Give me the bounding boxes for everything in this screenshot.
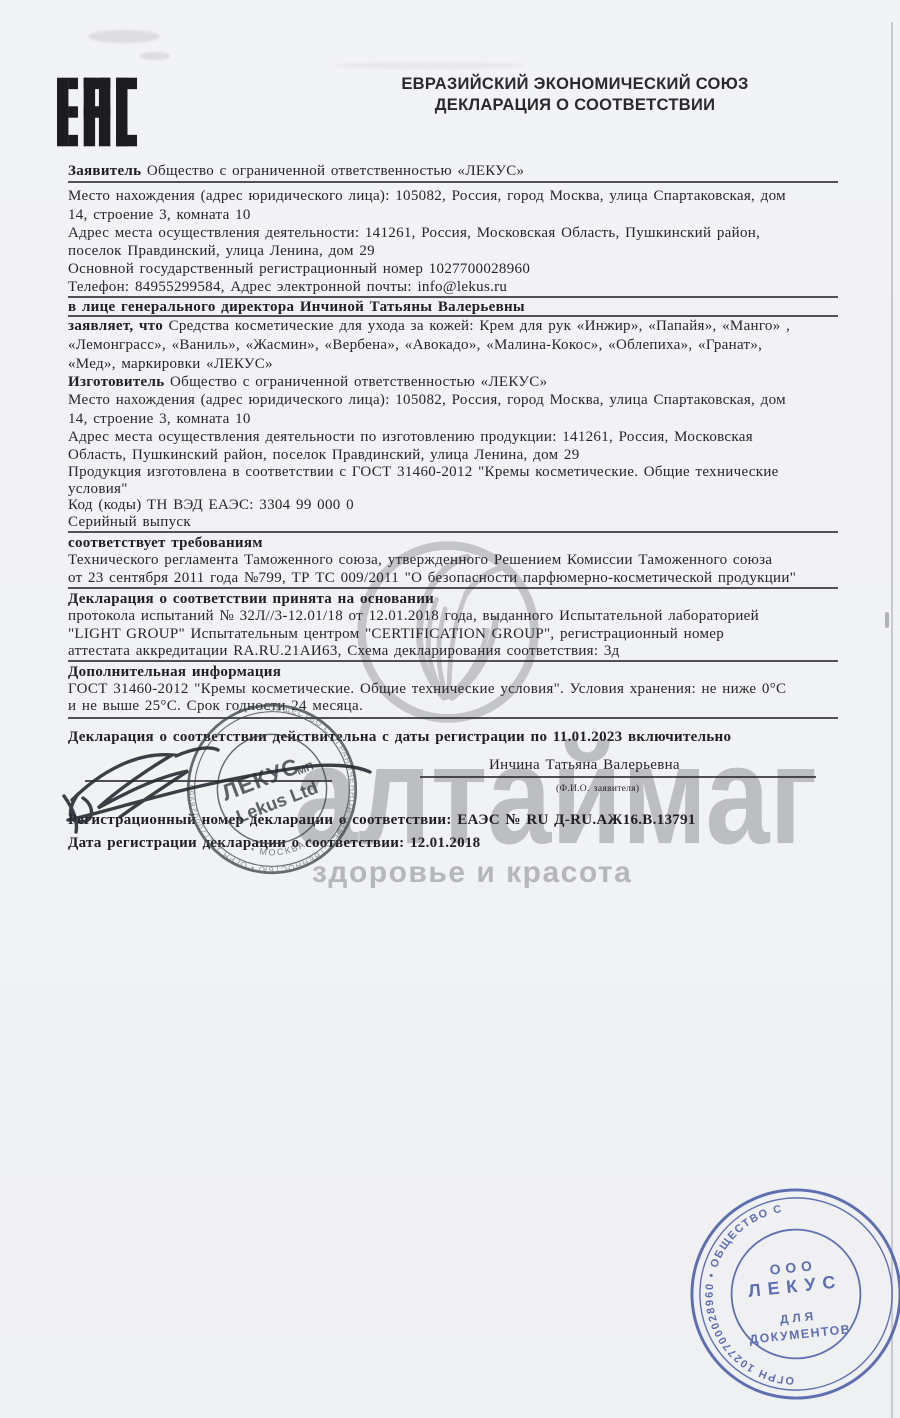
text-line: от 23 сентября 2011 года №799, ТР ТС 009… (68, 570, 796, 587)
text-line: Адрес места осуществления деятельности: … (68, 225, 760, 242)
text-line: Технического регламента Таможенного союз… (68, 552, 772, 569)
text-line: Декларация о соответствии принята на осн… (68, 591, 434, 608)
scan-smudge (88, 30, 160, 43)
eac-mark-icon (57, 76, 137, 148)
text-line: Изготовитель Общество с ограниченной отв… (68, 374, 547, 391)
text-line: 14, строение 3, комната 10 (68, 411, 251, 428)
text-line: Дополнительная информация (68, 664, 281, 681)
text-line: Область, Пушкинский район, поселок Правд… (68, 447, 580, 464)
document-header: ЕВРАЗИЙСКИЙ ЭКОНОМИЧЕСКИЙ СОЮЗ ДЕКЛАРАЦИ… (305, 74, 845, 116)
rule-line (68, 181, 838, 183)
text-line: ГОСТ 31460-2012 "Кремы косметические. Об… (68, 681, 786, 698)
text-line: "LIGHT GROUP" Испытательным центром "CER… (68, 626, 724, 643)
rule-line (68, 531, 838, 533)
blue-stamp-org: ЛЕКУС (747, 1271, 843, 1301)
text-line: Телефон: 84955299584, Адрес электронной … (68, 279, 507, 296)
rule-line (420, 776, 816, 778)
text-line: в лице генерального директора Инчиной Та… (68, 299, 525, 316)
text-line: протокола испытаний № 32Л//3-12.01/18 от… (68, 608, 759, 625)
text-line: (Ф.И.О. заявителя) (556, 781, 639, 798)
rule-line (68, 660, 838, 662)
text-line: Заявитель Общество с ограниченной ответс… (68, 163, 524, 180)
scan-smudge (335, 62, 525, 69)
document-title: ДЕКЛАРАЦИЯ О СООТВЕТСТВИИ (305, 95, 845, 116)
blue-documents-stamp: ОГРН 1027700028960 • ОБЩЕСТВО С ОГРАНИЧЕ… (676, 1174, 900, 1414)
text-line: поселок Правдинский, улица Ленина, дом 2… (68, 243, 375, 260)
rule-line (68, 296, 838, 298)
text-line: 14, строение 3, комната 10 (68, 207, 251, 224)
text-line: «Лемонграсс», «Ваниль», «Жасмин», «Вербе… (68, 337, 762, 354)
text-line: Продукция изготовлена в соответствии с Г… (68, 464, 779, 481)
scan-edge-mark (885, 612, 889, 628)
text-line: соответствует требованиям (68, 535, 263, 552)
scan-smudge (140, 52, 170, 60)
blue-stamp-dlya: ДЛЯ (779, 1309, 817, 1327)
rule-line (68, 315, 838, 317)
blue-stamp-docs: ДОКУМЕНТОВ (749, 1322, 852, 1347)
text-line: «Мед», маркировки «ЛЕКУС» (68, 356, 273, 373)
text-line: Инчина Татьяна Валерьевна (489, 757, 680, 774)
text-line: заявляет, что Средства косметические для… (68, 318, 790, 335)
text-line: Место нахождения (адрес юридического лиц… (68, 188, 786, 205)
text-line: Место нахождения (адрес юридического лиц… (68, 392, 786, 409)
declaration-document-page: ЕВРАЗИЙСКИЙ ЭКОНОМИЧЕСКИЙ СОЮЗ ДЕКЛАРАЦИ… (0, 0, 900, 1418)
signature-scribble (58, 726, 388, 841)
rule-line (68, 587, 838, 589)
text-line: Серийный выпуск (68, 514, 191, 531)
text-line: Основной государственный регистрационный… (68, 261, 530, 278)
text-line: аттестата аккредитации RA.RU.21АИ63, Схе… (68, 643, 620, 660)
text-line: Адрес места осуществления деятельности п… (68, 429, 753, 446)
union-title: ЕВРАЗИЙСКИЙ ЭКОНОМИЧЕСКИЙ СОЮЗ (305, 74, 845, 95)
text-line: условия" (68, 481, 128, 498)
text-line: Код (коды) ТН ВЭД ЕАЭС: 3304 99 000 0 (68, 497, 354, 514)
